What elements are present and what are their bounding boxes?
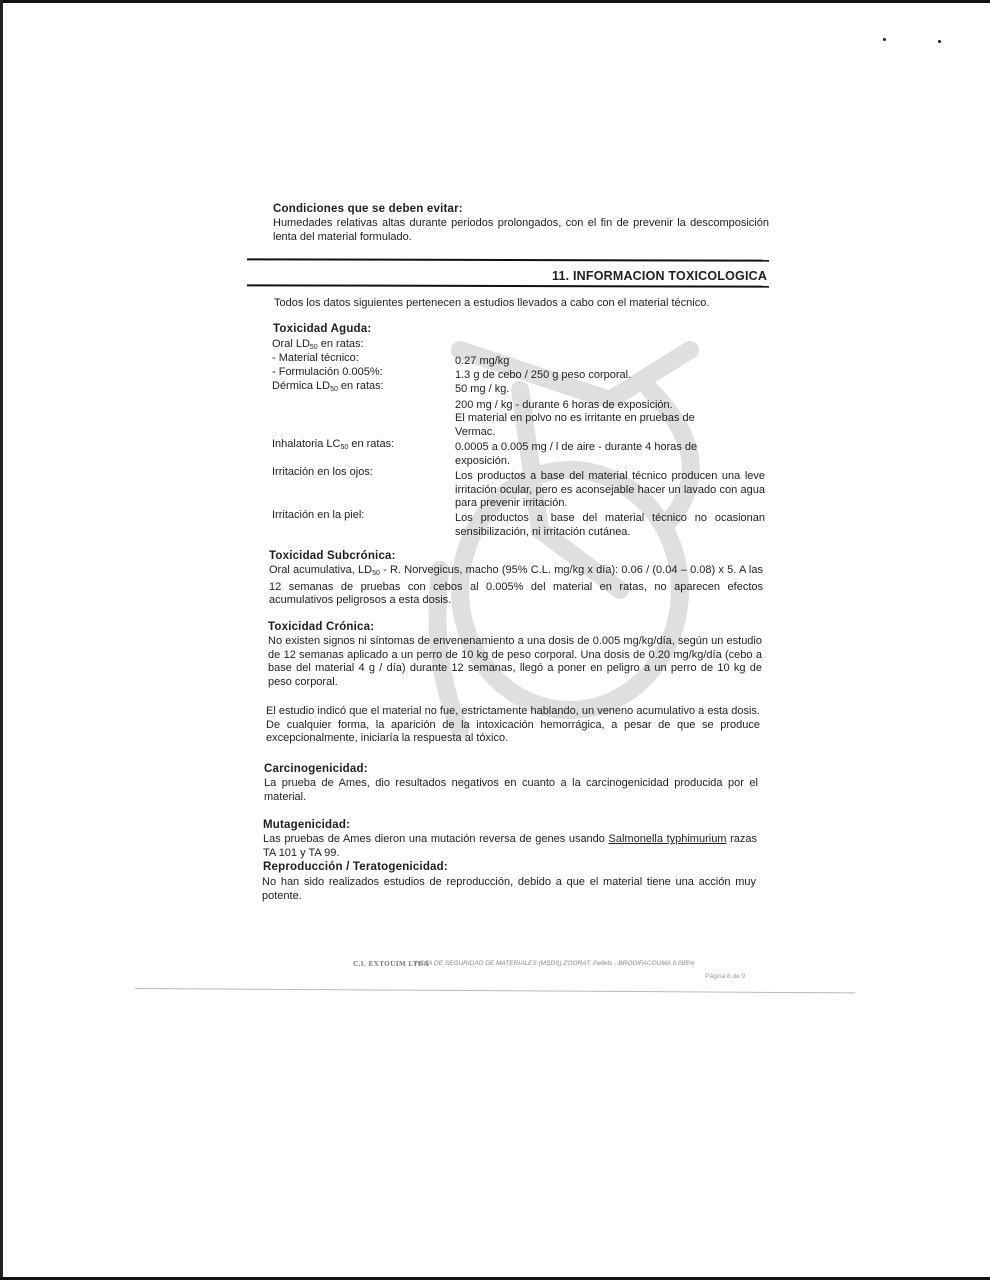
- eye-irritation-label: Irritación en los ojos:: [272, 466, 373, 480]
- skin-irritation-value: Los productos a base del material técnic…: [455, 512, 765, 539]
- skin-irritation-label: Irritación en la piel:: [272, 509, 364, 523]
- dermal-ld50-label: Dérmica LD50 en ratas:: [272, 380, 384, 397]
- conditions-heading: Condiciones que se deben evitar:: [273, 203, 463, 215]
- acute-row-label: - Formulación 0.005%:: [272, 366, 383, 380]
- inhalation-value: 0.0005 a 0.005 mg / l de aire - durante …: [455, 441, 735, 468]
- reproduction-heading: Reproducción / Teratogenicidad:: [263, 861, 448, 873]
- footer-page-number: Página 8 de 9: [705, 973, 745, 980]
- subchronic-heading: Toxicidad Subcrónica:: [269, 550, 396, 562]
- mutagenicity-text: Las pruebas de Ames dieron una mutación …: [263, 833, 757, 860]
- document-page: Condiciones que se deben evitar: Humedad…: [0, 0, 990, 1280]
- section-title: 11. INFORMACION TOXICOLOGICA: [552, 269, 767, 283]
- acute-row-value: 1.3 g de cebo / 250 g peso corporal.: [455, 369, 765, 383]
- carcinogenicity-text: La prueba de Ames, dio resultados negati…: [264, 777, 758, 804]
- acute-row-value: 0.27 mg/kg: [455, 355, 765, 369]
- chronic-text: No existen signos ni síntomas de envenen…: [268, 635, 762, 689]
- dermal-value: El material en polvo no es irritante en …: [455, 412, 730, 439]
- species-name: Salmonella typhimurium: [609, 833, 727, 845]
- mutagenicity-heading: Mutagenicidad:: [263, 819, 350, 831]
- acute-heading: Toxicidad Aguda:: [273, 323, 371, 335]
- chronic-text-2: El estudio indicó que el material no fue…: [266, 705, 760, 746]
- reproduction-text: No han sido realizados estudios de repro…: [262, 876, 756, 903]
- acute-row-label: - Material técnico:: [272, 352, 359, 366]
- section-intro: Todos los datos siguientes pertenecen a …: [274, 297, 709, 311]
- subchronic-text: Oral acumulativa, LD50 - R. Norvegicus, …: [269, 564, 763, 608]
- eye-irritation-value: Los productos a base del material técnic…: [455, 470, 765, 511]
- inhalation-lc50-label: Inhalatoria LC50 en ratas:: [272, 438, 394, 455]
- carcinogenicity-heading: Carcinogenicidad:: [264, 763, 368, 775]
- conditions-text: Humedades relativas altas durante period…: [273, 217, 769, 244]
- footer-rule: [135, 988, 855, 993]
- chronic-heading: Toxicidad Crónica:: [268, 621, 374, 633]
- dermal-value: 50 mg / kg.: [455, 383, 765, 397]
- section-rule-top: [247, 258, 769, 261]
- dermal-value: 200 mg / kg - durante 6 horas de exposic…: [455, 399, 765, 413]
- footer-document-title: HOJA DE SEGURIDAD DE MATERIALES (MSDS) Z…: [415, 960, 695, 967]
- section-rule-bottom: [247, 284, 769, 287]
